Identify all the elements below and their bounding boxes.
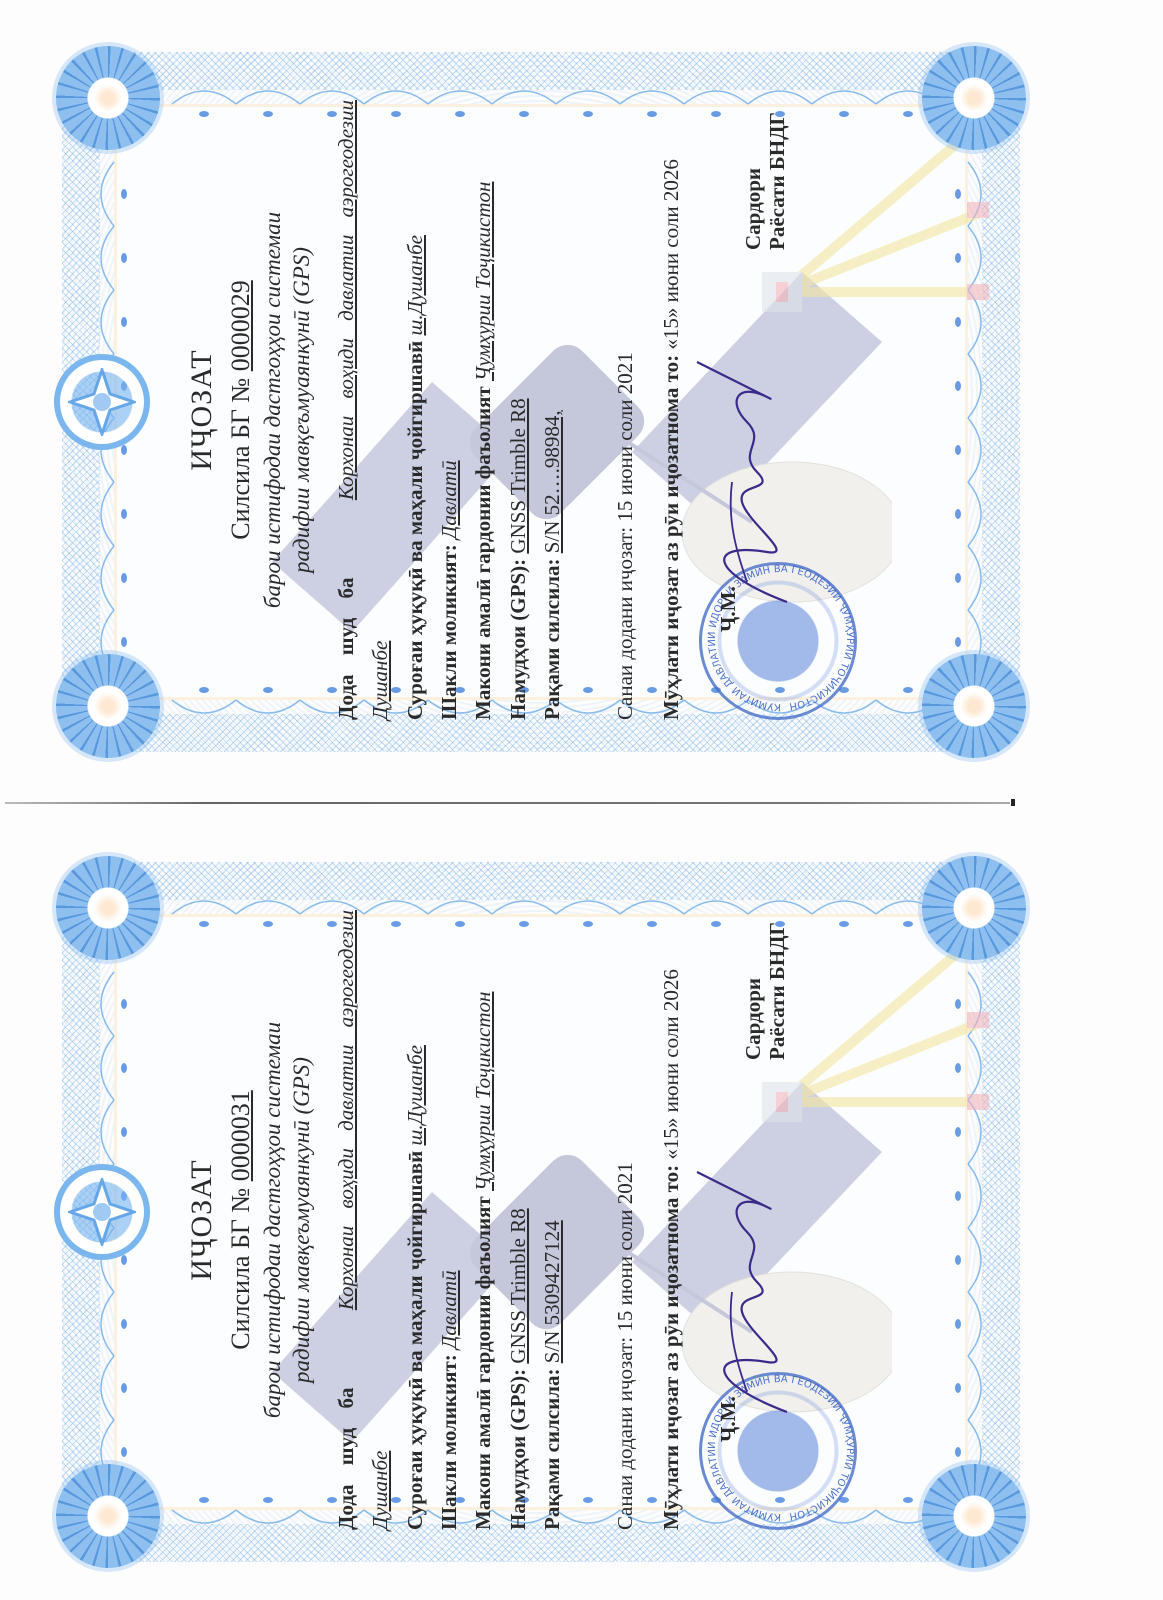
legal-address-value: ш.Душанбе	[403, 1045, 427, 1145]
issue-date-label: Санаи додани иҷозат:	[613, 1337, 637, 1530]
signature-area: КУМИТАИ ДАВЛАТИИ ИДОРАИ ЗАМИН ВА ГЕОДЕЗИ…	[697, 910, 847, 1530]
issued-to-value-continued: Душанбе	[365, 910, 395, 1530]
certificate-title: ИҶОЗАТ	[180, 100, 224, 720]
series-prefix: Силсила БГ №	[226, 1181, 255, 1349]
issue-date-value: 15 июни соли 2021	[613, 352, 637, 521]
corner-rosette-icon	[56, 46, 160, 150]
signer-line-2: Раёсати БНДГ	[765, 922, 789, 1060]
signature-icon	[687, 352, 817, 612]
ownership-value: Давлатӣ	[437, 1270, 461, 1349]
issued-to-value-continued: Душанбе	[365, 100, 395, 720]
scan-mark	[1011, 799, 1015, 806]
certificate-content: ИҶОЗАТ Силсила БГ № 0000031 барои истифо…	[172, 910, 1002, 1530]
validity-value: «15» июни соли 2026	[659, 159, 683, 349]
fold-line	[5, 802, 1010, 804]
certificate-bottom: ИҶОЗАТ Силсила БГ № 0000031 барои истифо…	[62, 862, 1020, 1562]
device-label: Намудҳои (GPS):	[506, 1369, 530, 1530]
issued-to-value: Корхонаи воҳиди давлатии аэрогеодезии	[331, 100, 361, 500]
issued-to-value: Корхонаи воҳиди давлатии аэрогеодезии	[331, 910, 361, 1310]
corner-rosette-icon	[56, 1464, 160, 1568]
signature-area: КУМИТАИ ДАВЛАТИИ ИДОРАИ ЗАМИН ВА ГЕОДЕЗИ…	[697, 100, 847, 720]
activity-place-label: Макони амалӣ гардонии фаъолият	[471, 1196, 495, 1530]
legal-address-label: Суроғаи ҳуқуқӣ ва маҳали ҷойгиршавӣ	[403, 341, 427, 720]
signer-title: Сардори Раёсати БНДГ	[741, 922, 789, 1060]
signer-line-1: Сардори	[741, 112, 765, 250]
device-value: GNSS Trimble R8	[506, 398, 530, 553]
series-number: 0000029	[226, 280, 255, 371]
certificate-content: ИҶОЗАТ Силсила БГ № 0000029 барои истифо…	[172, 100, 1002, 720]
signature-icon	[687, 1162, 817, 1422]
serial-label: Рақами силсила:	[540, 1369, 564, 1530]
activity-place-value: Ҷумҳурии Тоҷикистон	[471, 992, 495, 1191]
certificate-top: ИҶОЗАТ Силсила БГ № 0000029 барои истифо…	[62, 52, 1020, 752]
device-label: Намудҳои (GPS):	[506, 559, 530, 720]
subtitle-line-1: барои истифодаи дастгоҳҳои системаи	[259, 100, 288, 720]
signer-line-1: Сардори	[741, 922, 765, 1060]
legal-address-value: ш.Душанбе	[403, 235, 427, 335]
signer-line-2: Раёсати БНДГ	[765, 112, 789, 250]
issue-date-value: 15 июни соли 2021	[613, 1162, 637, 1331]
ownership-label: Шакли моликият:	[437, 544, 461, 720]
subtitle-line-2: радифии мавқеъмуаянкунӣ (GPS)	[288, 100, 317, 720]
issue-date-label: Санаи додани иҷозат:	[613, 527, 637, 720]
corner-rosette-icon	[56, 856, 160, 960]
series-number: 0000031	[226, 1090, 255, 1181]
series-line: Силсила БГ № 0000029	[222, 100, 260, 720]
certificate-title: ИҶОЗАТ	[180, 910, 224, 1530]
activity-place-value: Ҷумҳурии Тоҷикистон	[471, 182, 495, 381]
validity-label: Мӯҳлати иҷозат аз рӯи иҷозатнома то:	[659, 355, 683, 720]
validity-label: Мӯҳлати иҷозат аз рӯи иҷозатнома то:	[659, 1165, 683, 1530]
signer-title: Сардори Раёсати БНДГ	[741, 112, 789, 250]
corner-rosette-icon	[56, 654, 160, 758]
series-prefix: Силсила БГ №	[226, 371, 255, 539]
serial-value: S/N 5309427124	[540, 1220, 564, 1363]
serial-value: S/N 52….98984,	[540, 410, 564, 553]
star-emblem-icon	[54, 354, 150, 450]
issued-to-label: Дода шуд ба	[331, 1388, 361, 1531]
validity-value: «15» июни соли 2026	[659, 969, 683, 1159]
serial-label: Рақами силсила:	[540, 559, 564, 720]
subtitle-line-1: барои истифодаи дастгоҳҳои системаи	[259, 910, 288, 1530]
issued-to-label: Дода шуд ба	[331, 578, 361, 721]
legal-address-label: Суроғаи ҳуқуқӣ ва маҳали ҷойгиршавӣ	[403, 1151, 427, 1530]
subtitle-line-2: радифии мавқеъмуаянкунӣ (GPS)	[288, 910, 317, 1530]
ownership-value: Давлатӣ	[437, 460, 461, 539]
star-emblem-icon	[54, 1164, 150, 1260]
device-value: GNSS Trimble R8	[506, 1208, 530, 1363]
ownership-label: Шакли моликият:	[437, 1354, 461, 1530]
series-line: Силсила БГ № 0000031	[222, 910, 260, 1530]
activity-place-label: Макони амалӣ гардонии фаъолият	[471, 386, 495, 720]
